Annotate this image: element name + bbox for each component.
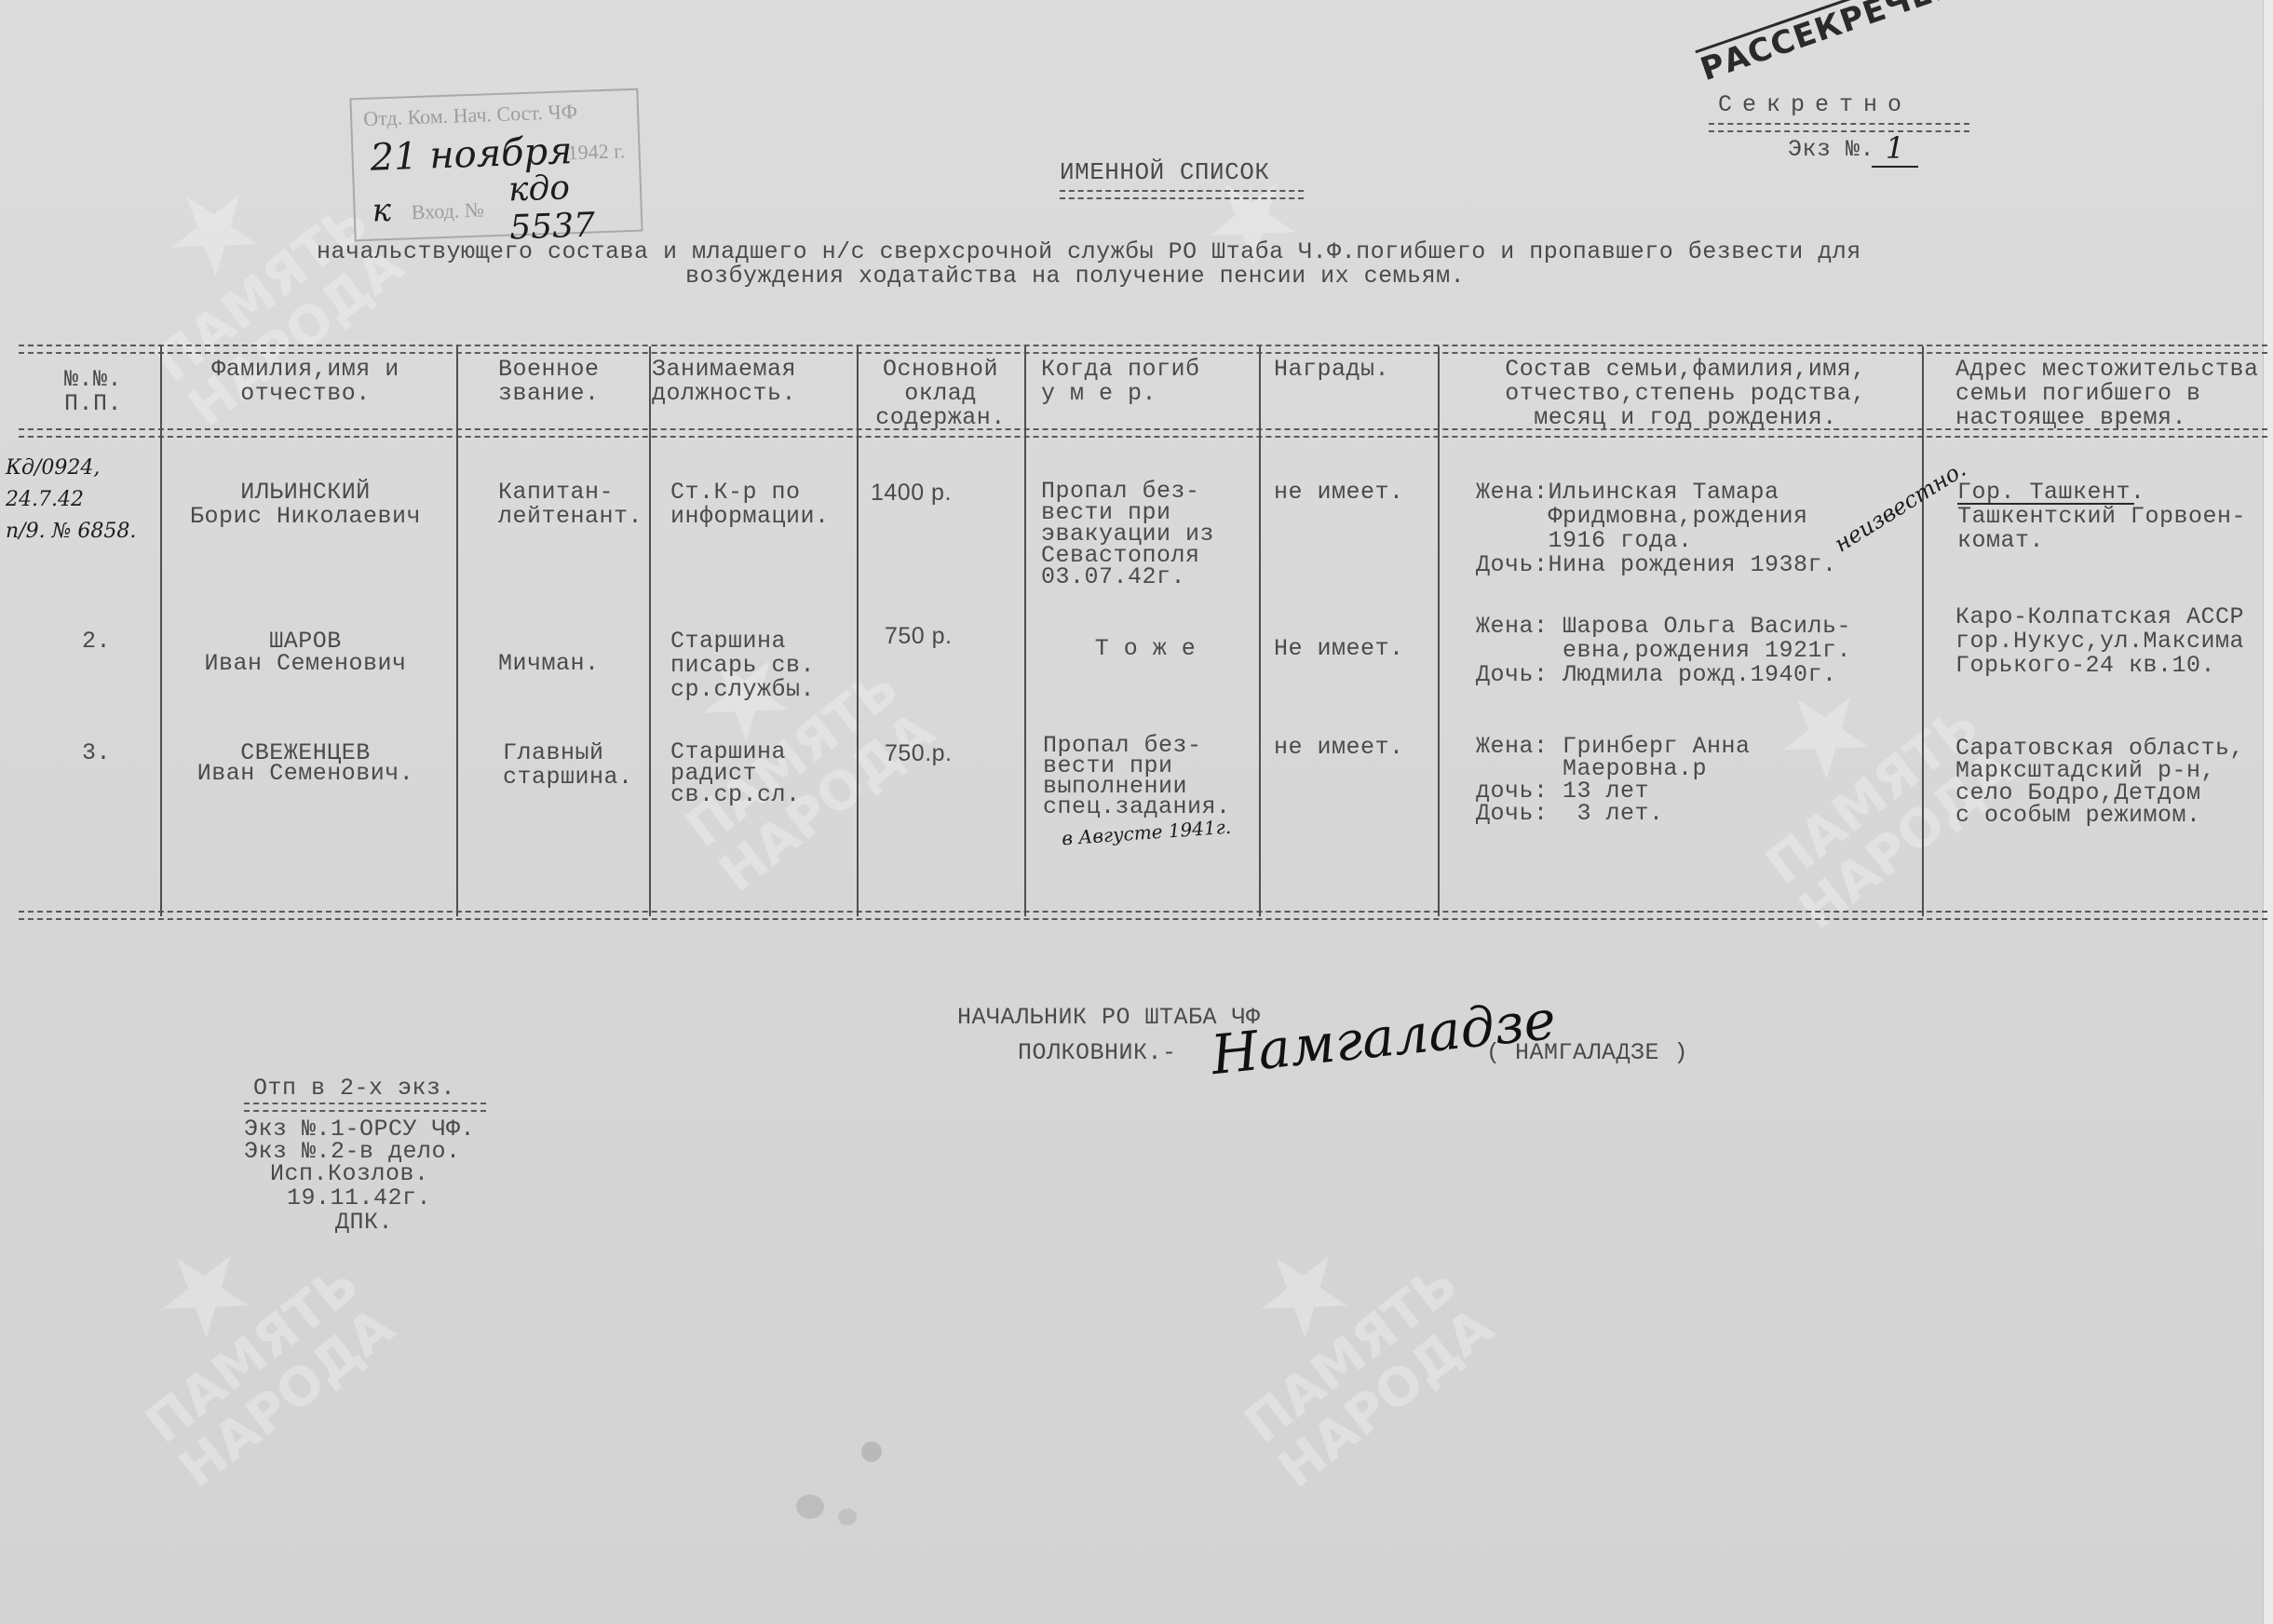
typist-initials: ДПК. [335,1211,393,1235]
person-family: Жена: Шарова Ольга Василь- евна,рождения… [1476,615,1923,687]
stamp-number: кдо 5537 [507,167,642,248]
person-when-died: Т о ж е [1034,637,1257,661]
header-address: Адрес местожительства семьи погибшего в … [1955,358,2267,430]
person-surname: ИЛЬИНСКИЙ [166,480,445,505]
copies-count: Отп в 2-х экз. [253,1076,455,1101]
column-divider [1024,346,1026,916]
star-icon: ★ [82,113,345,349]
header-awards: Награды. [1274,358,1432,382]
header-family: Состав семьи,фамилия,имя, отчество,степе… [1453,358,1918,430]
executor: Исп.Козлов. [270,1162,429,1186]
star-icon: ★ [1171,1174,1434,1411]
copy-label: Экз №. [1788,138,1874,162]
secret-label: Секретно [1718,93,1912,117]
stamp-department: Отд. Ком. Нач. Сост. ЧФ [363,100,578,131]
person-rank: Мичман. [498,652,647,676]
person-address: Гор. Ташкент. Ташкентский Горвоен- комат… [1957,480,2269,553]
divider [1709,123,1969,132]
person-given-name: Иван Семенович. [166,762,445,786]
person-position: Ст.К-р по информации. [670,480,857,529]
header-number: №.№. П.П. [37,368,149,416]
stamp-year: 1942 г. [567,139,625,165]
column-divider [857,346,859,916]
person-salary: 1400 р. [871,480,1020,505]
person-when-died: Пропал без- вести при эвакуации из Севас… [1041,480,1255,588]
person-awards: не имеет. [1274,736,1432,760]
ink-stain [838,1509,857,1525]
person-position: Старшина радист св.ср.сл. [670,741,857,805]
person-awards: Не имеет. [1274,637,1432,661]
signatory-rank: ПОЛКОВНИК.- [1018,1041,1177,1065]
table-bottom-rule [19,911,2267,920]
ink-stain [796,1495,824,1519]
divider [244,1103,486,1112]
document-page: ★ ПАМЯТЬНАРОДА ★ ПАМЯТЬНАРОДА ★ ПАМЯТЬНА… [0,0,2273,1624]
row-number: 3. [82,741,138,765]
column-divider [1259,346,1261,916]
address-underline [1957,503,2134,505]
signatory-name: ( НАМГАЛАДЗЕ ) [1486,1041,1688,1065]
document-title: ИМЕННОЙ СПИСОК [1060,160,1269,184]
row-number: 2. [82,629,138,654]
column-divider [649,346,651,916]
subtitle-line-1: начальствующего состава и младшего н/с с… [317,240,1861,264]
margin-note: Кд/0924, 24.7.42 п/9. № 6858. [6,453,164,548]
person-rank: Капитан- лейтенант. [498,480,647,529]
person-address: Каро-Колпатская АССР гор.Нукус,ул.Максим… [1955,605,2267,678]
signature: Намгаладзе [1208,988,1558,1087]
when-died-handwritten-note: в Августе 1941г. [1061,816,1231,850]
person-salary: 750 р. [885,624,1024,648]
copy-number: 1 [1872,130,1918,168]
person-given-name: Борис Николаевич [166,505,445,529]
person-rank: Главный старшина. [503,741,652,790]
column-divider [160,346,162,916]
stamp-number-label: Вход. № [411,197,484,224]
person-given-name: Иван Семенович [166,652,445,676]
table-top-rule [19,345,2267,354]
header-salary: Основной оклад содержан. [861,358,1020,430]
column-divider [456,346,458,916]
subtitle-line-2: возбуждения ходатайства на получение пен… [685,264,1465,289]
header-when-died: Когда погиб у м е р. [1041,358,1255,406]
person-salary: 750.р. [885,741,1024,765]
ink-stain [861,1441,882,1462]
incoming-stamp: Отд. Ком. Нач. Сост. ЧФ 21 ноября 1942 г… [349,88,643,242]
person-position: Старшина писарь св. ср.службы. [670,629,857,702]
person-awards: не имеет. [1274,480,1432,505]
person-family: Жена: Гринберг Анна Маеровна.р дочь: 13 … [1476,736,1923,825]
declassified-stamp: РАССЕКРЕЧЕНО [1695,0,1964,90]
person-when-died: Пропал без- вести при выполнении спец.за… [1043,736,1257,818]
person-address: Саратовская область, Марксштадский р-н, … [1955,738,2267,827]
date-typed: 19.11.42г. [287,1186,431,1211]
header-position: Занимаемая должность. [652,358,852,406]
watermark: ★ ПАМЯТЬНАРОДА [1171,1174,1503,1499]
header-bottom-rule [19,428,2267,438]
header-rank: Военное звание. [498,358,647,406]
title-underline [1060,190,1304,199]
header-name: Фамилия,имя и отчество. [166,358,445,406]
column-divider [1438,346,1440,916]
stamp-prefix: к [372,192,392,230]
